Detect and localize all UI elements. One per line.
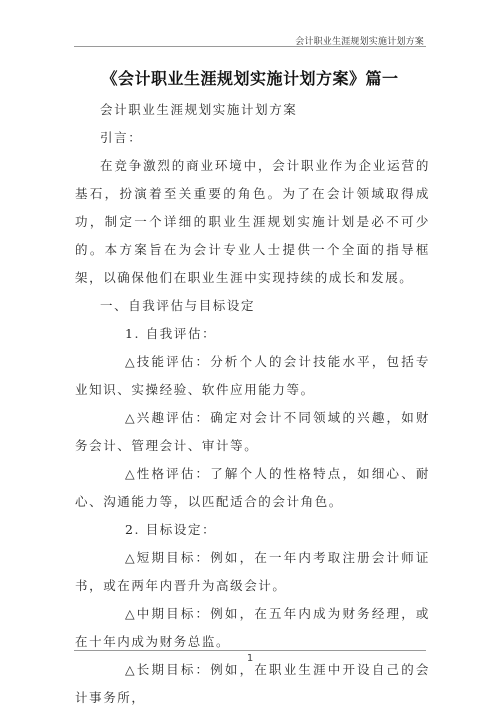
header-divider — [74, 46, 426, 47]
intro-paragraph: 在竞争激烈的商业环境中，会计职业作为企业运营的基石，扮演着至关重要的角色。为了在… — [75, 152, 430, 292]
section-heading: 一、自我评估与目标设定 — [75, 292, 430, 320]
list-item-interest-assessment: △兴趣评估：确定对会计不同领域的兴趣，如财务会计、管理会计、审计等。 — [75, 404, 430, 460]
document-subtitle: 会计职业生涯规划实施计划方案 — [75, 96, 430, 124]
document-body: 会计职业生涯规划实施计划方案 引言： 在竞争激烈的商业环境中，会计职业作为企业运… — [75, 96, 430, 707]
intro-label: 引言： — [75, 124, 430, 152]
list-item-mid-term-goal: △中期目标：例如，在五年内成为财务经理，或在十年内成为财务总监。 — [75, 600, 430, 656]
page-number: 1 — [0, 653, 500, 664]
footer-divider — [74, 650, 426, 651]
list-item-short-term-goal: △短期目标：例如，在一年内考取注册会计师证书，或在两年内晋升为高级会计。 — [75, 544, 430, 600]
list-item-skill-assessment: △技能评估：分析个人的会计技能水平，包括专业知识、实操经验、软件应用能力等。 — [75, 348, 430, 404]
subsection-heading-self-assessment: 1. 自我评估： — [75, 320, 430, 348]
document-title: 《会计职业生涯规划实施计划方案》篇一 — [0, 66, 500, 89]
subsection-heading-goal-setting: 2. 目标设定： — [75, 516, 430, 544]
list-item-personality-assessment: △性格评估：了解个人的性格特点，如细心、耐心、沟通能力等，以匹配适合的会计角色。 — [75, 460, 430, 516]
